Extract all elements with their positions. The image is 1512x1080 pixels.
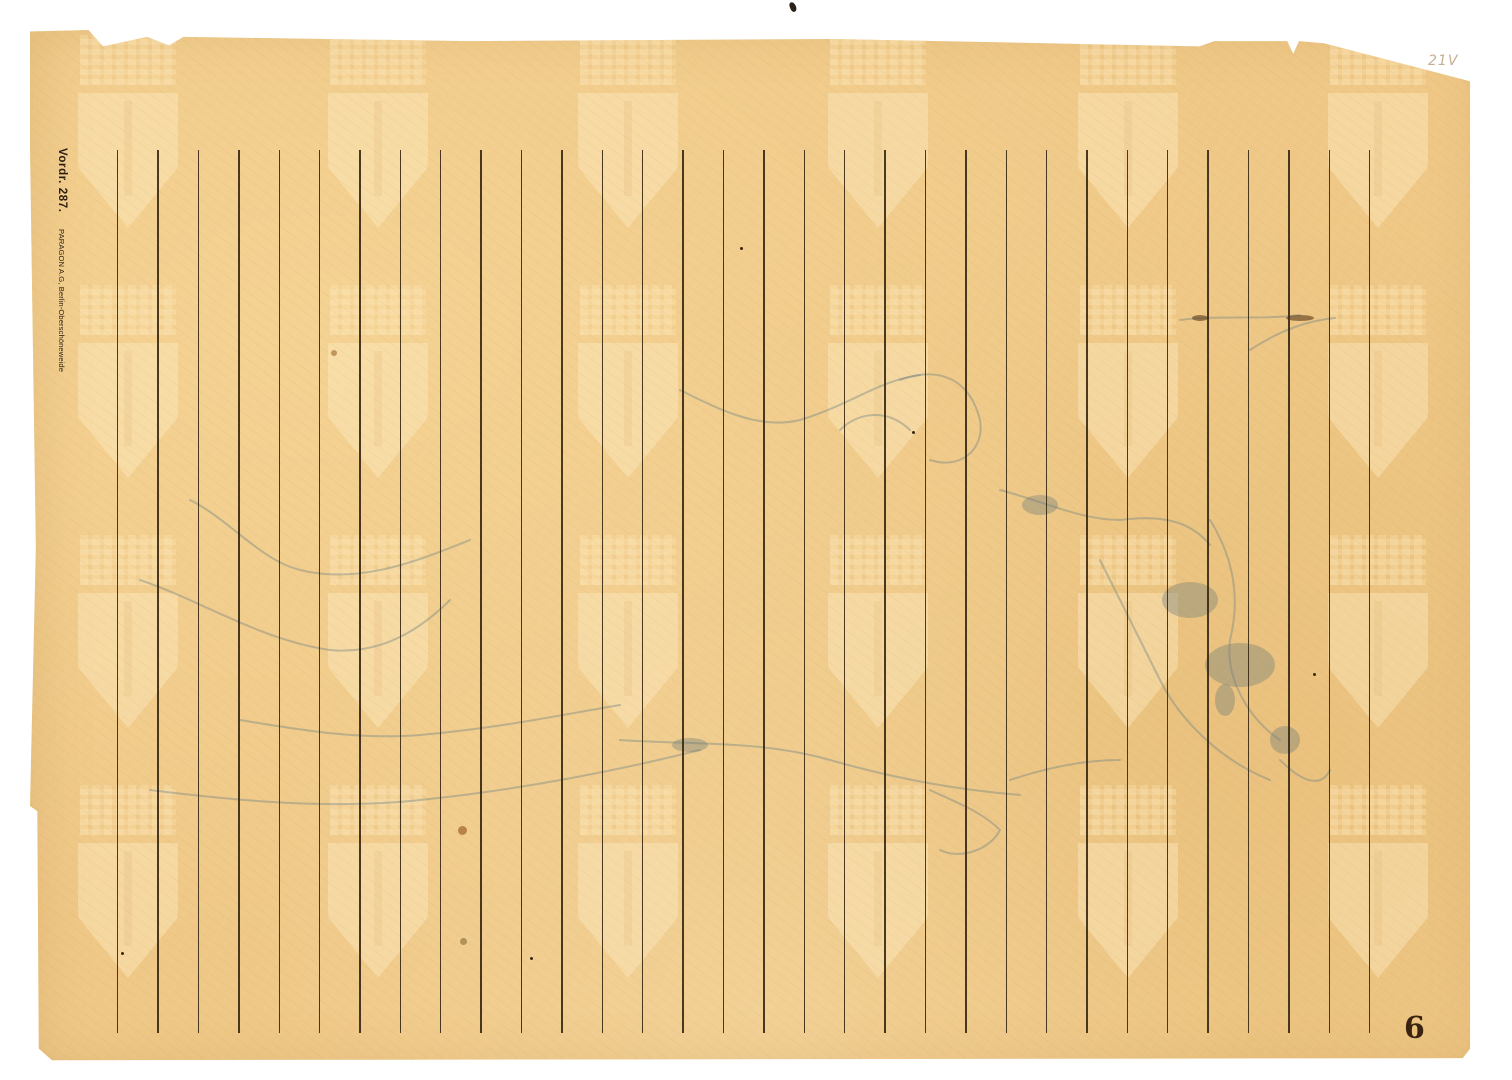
- watermark-shield: [328, 35, 428, 235]
- paper-sheet: [30, 20, 1492, 1075]
- watermark-shield: [78, 35, 178, 235]
- watermark-shield: [78, 785, 178, 985]
- watermark-shield: [828, 785, 928, 985]
- watermark-shield: [78, 285, 178, 485]
- scan-canvas: Vordr. 287. PARAGON A.G, Berlin-Oberschö…: [0, 0, 1512, 1080]
- watermark-shield: [328, 535, 428, 735]
- watermark-shield: [578, 285, 678, 485]
- stain: [460, 938, 467, 945]
- watermark-shield: [1078, 535, 1178, 735]
- watermark-shield: [1078, 285, 1178, 485]
- watermark-shield: [828, 285, 928, 485]
- form-imprint: Vordr. 287. PARAGON A.G, Berlin-Oberschö…: [54, 148, 72, 372]
- watermark-shield: [1078, 35, 1178, 235]
- watermark-shield: [1328, 535, 1428, 735]
- stain: [458, 826, 467, 835]
- watermark-shield: [578, 535, 678, 735]
- speck: [1313, 673, 1316, 676]
- watermark-shield: [1328, 285, 1428, 485]
- watermark-shield: [78, 535, 178, 735]
- stain: [331, 350, 337, 356]
- speck: [530, 957, 533, 960]
- watermark-shield: [578, 35, 678, 235]
- page-number: 9: [1404, 1010, 1425, 1040]
- watermark-shield: [828, 35, 928, 235]
- watermark-shield: [1328, 35, 1428, 235]
- speck: [740, 247, 743, 250]
- watermark-shield: [1078, 785, 1178, 985]
- watermark-shield: [328, 285, 428, 485]
- archive-pencil-mark: 21V: [1428, 53, 1458, 69]
- watermark-shield: [828, 535, 928, 735]
- watermark-shield: [328, 785, 428, 985]
- speck: [912, 431, 915, 434]
- printer-imprint: PARAGON A.G, Berlin-Oberschöneweide: [57, 229, 66, 372]
- watermark-pattern: [30, 20, 1492, 1075]
- watermark-shield: [1328, 785, 1428, 985]
- watermark-shield: [578, 785, 678, 985]
- speck: [121, 952, 124, 955]
- stray-ink-mark: [788, 1, 797, 12]
- form-number: Vordr. 287.: [56, 148, 68, 213]
